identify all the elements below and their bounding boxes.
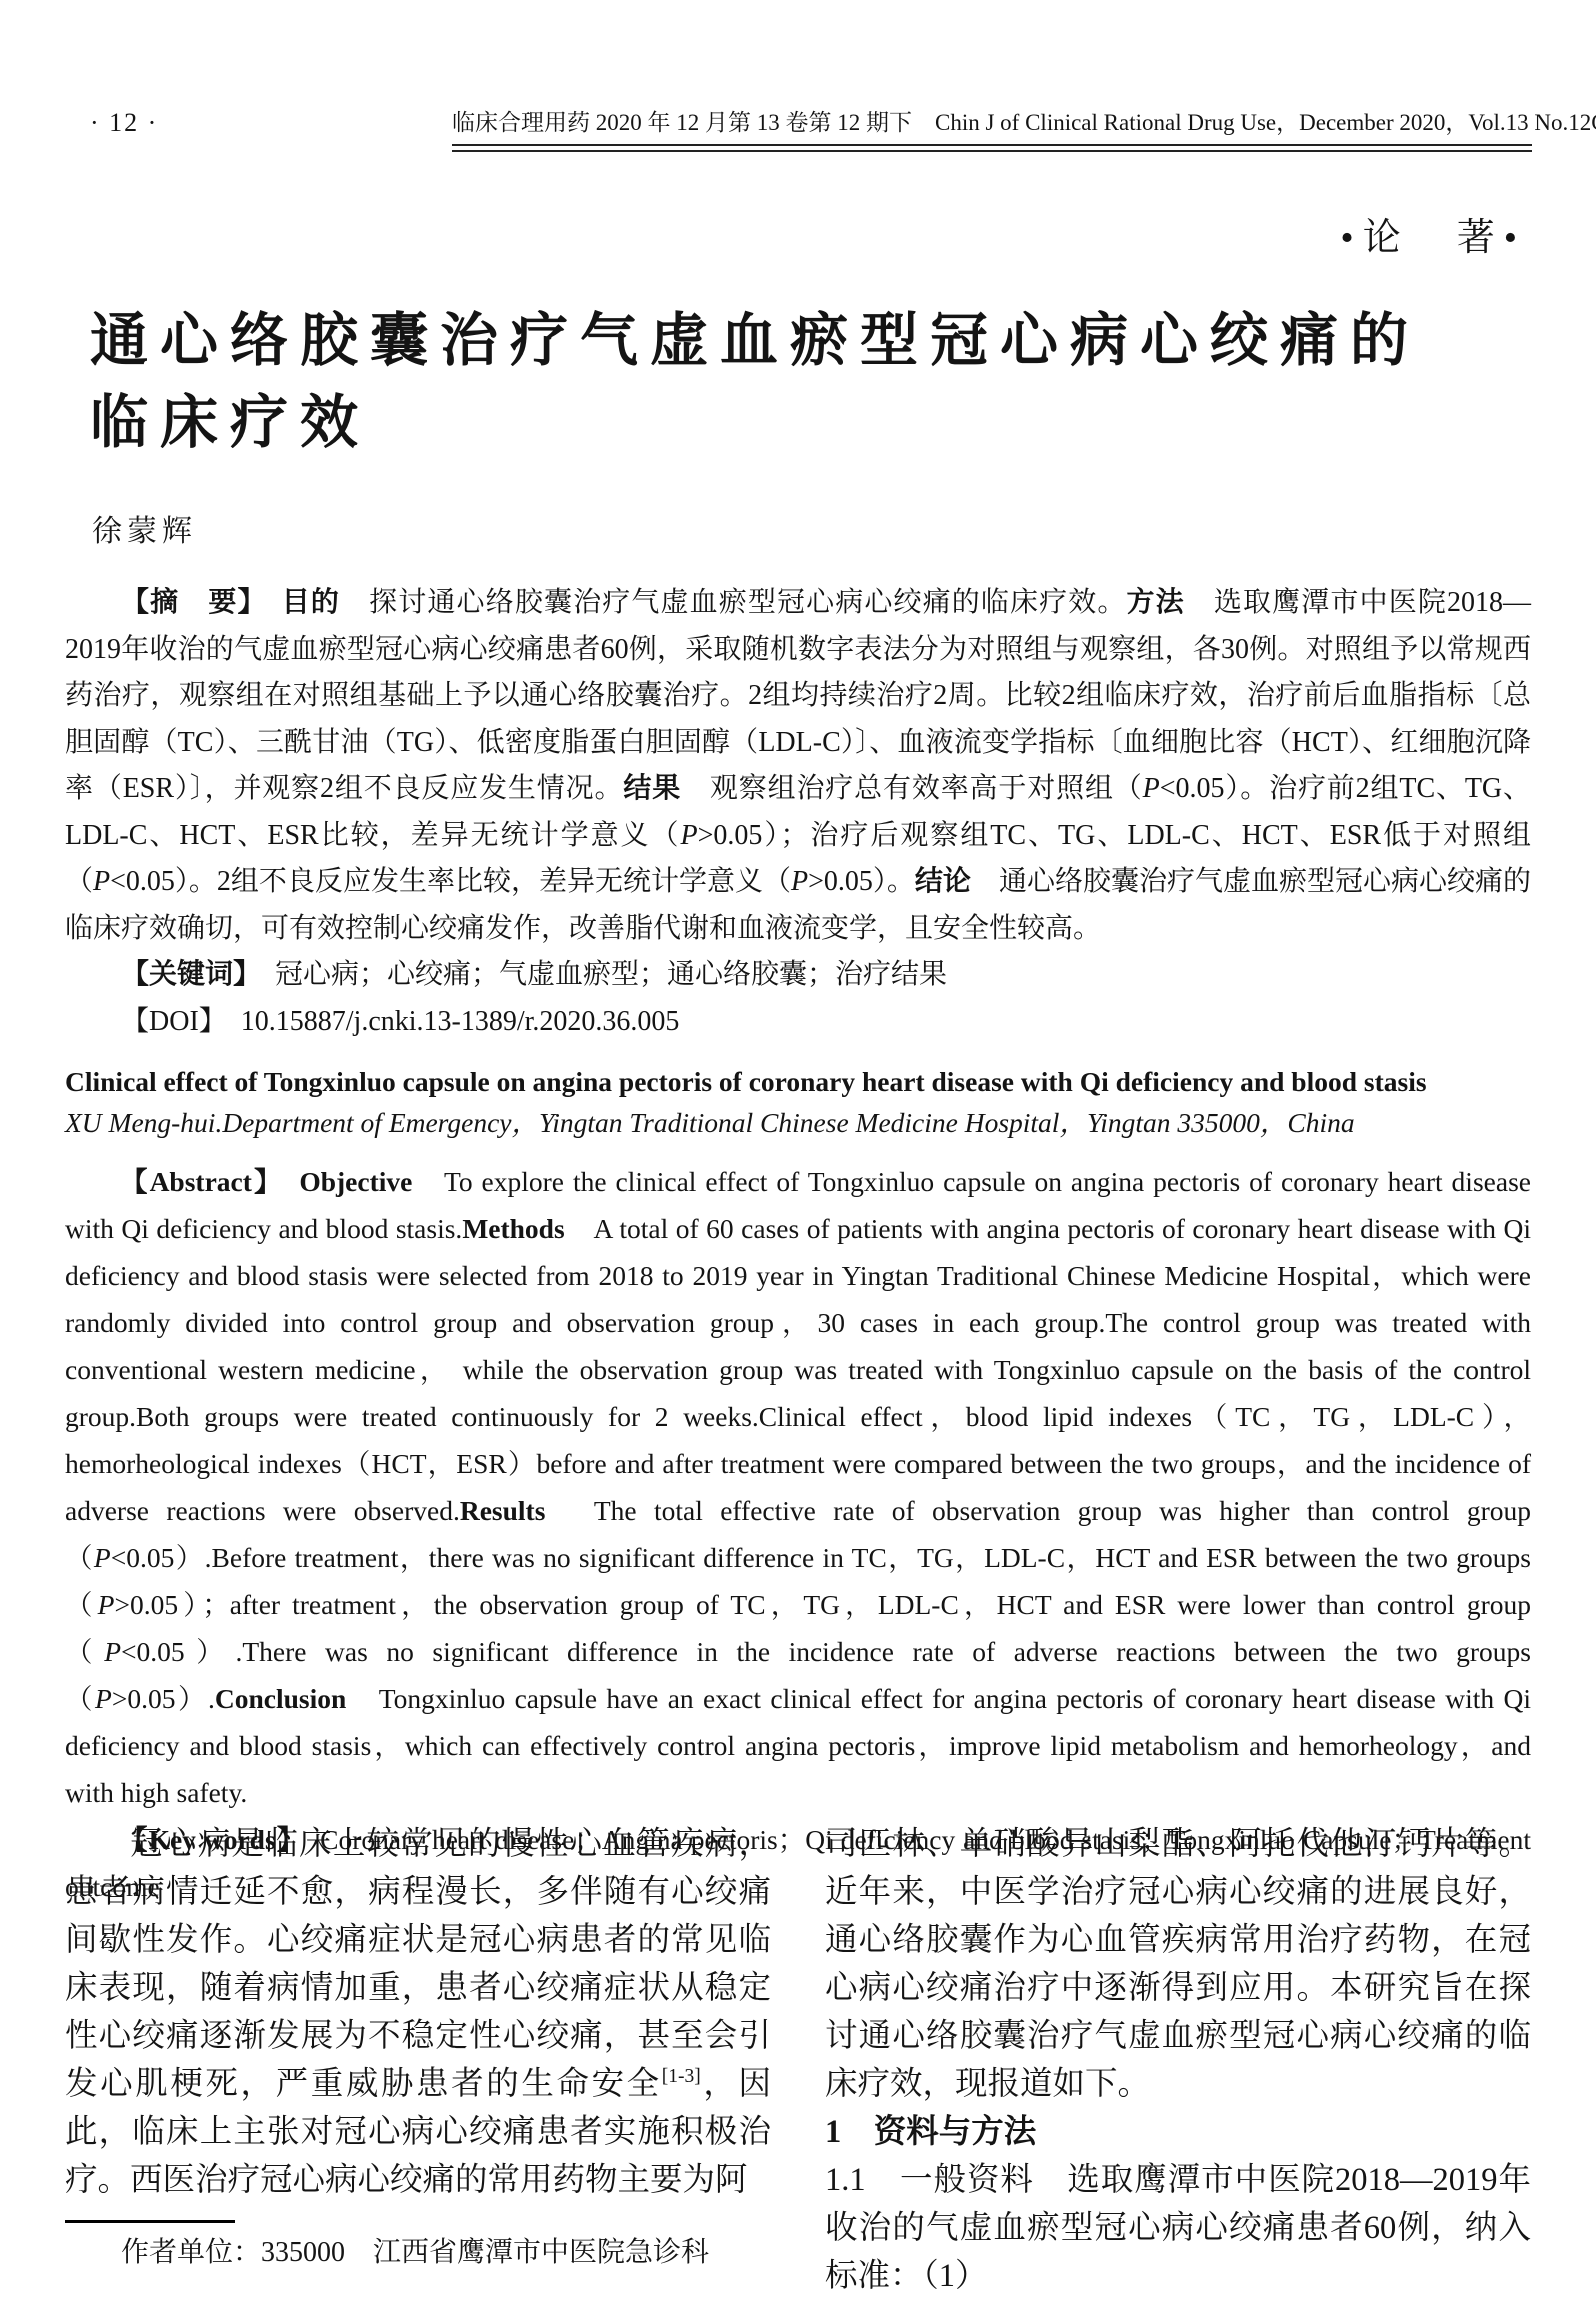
abstract-block-cn: 【摘 要】 目的 探讨通心络胶囊治疗气虚血瘀型冠心病心绞痛的临床疗效。方法 选取…: [65, 580, 1531, 1045]
left-column: 冠心病是临床上较常见的慢性心血管疾病，患者病情迁延不愈，病程漫长，多伴随有心绞痛…: [65, 1820, 771, 2300]
page-number: · 12 ·: [90, 108, 158, 138]
abstract-en: 【Abstract】 Objective To explore the clin…: [65, 1158, 1531, 1816]
footnote: 作者单位：335000 江西省鹰潭市中医院急诊科: [65, 2220, 771, 2273]
section-1-heading: 1 资料与方法: [825, 2108, 1531, 2156]
author-affiliation: 作者单位：335000 江西省鹰潭市中医院急诊科: [65, 2233, 771, 2273]
doi-line: 【DOI】 10.15887/j.cnki.13-1389/r.2020.36.…: [65, 999, 1531, 1046]
article-title-line-1: 通心络胶囊治疗气虚血瘀型冠心病心绞痛的: [90, 300, 1420, 382]
article-title-en: Clinical effect of Tongxinluo capsule on…: [65, 1064, 1531, 1100]
footnote-rule: [65, 2220, 235, 2223]
abstract-block-en: Clinical effect of Tongxinluo capsule on…: [65, 1064, 1531, 1910]
article-title-cn: 通心络胶囊治疗气虚血瘀型冠心病心绞痛的 临床疗效: [90, 300, 1420, 464]
abstract-cn: 【摘 要】 目的 探讨通心络胶囊治疗气虚血瘀型冠心病心绞痛的临床疗效。方法 选取…: [65, 580, 1531, 952]
right-column: 司匹林、单硝酸异山梨酯、阿托伐他汀钙片等。近年来，中医学治疗冠心病心绞痛的进展良…: [825, 1820, 1531, 2300]
keywords-cn: 【关键词】 冠心病；心绞痛；气虚血瘀型；通心络胶囊；治疗结果: [65, 952, 1531, 999]
section-1-1-paragraph: 1.1 一般资料 选取鹰潭市中医院2018—2019年收治的气虚血瘀型冠心病心绞…: [825, 2156, 1531, 2300]
article-title-line-2: 临床疗效: [90, 382, 1420, 464]
journal-title-line: 临床合理用药 2020 年 12 月第 13 卷第 12 期下 Chin J o…: [452, 104, 1532, 144]
journal-page: · 12 · 临床合理用药 2020 年 12 月第 13 卷第 12 期下 C…: [0, 0, 1596, 2319]
article-type-label: •论 著•: [1340, 206, 1526, 261]
authors-en: XU Meng-hui.Department of Emergency，Ying…: [65, 1100, 1531, 1146]
intro-paragraph: 冠心病是临床上较常见的慢性心血管疾病，患者病情迁延不愈，病程漫长，多伴随有心绞痛…: [65, 1820, 771, 2204]
journal-masthead: 临床合理用药 2020 年 12 月第 13 卷第 12 期下 Chin J o…: [452, 104, 1532, 152]
header-double-rule: [452, 144, 1532, 152]
intro-paragraph-continued: 司匹林、单硝酸异山梨酯、阿托伐他汀钙片等。近年来，中医学治疗冠心病心绞痛的进展良…: [825, 1820, 1531, 2108]
author-name: 徐蒙辉: [92, 506, 197, 550]
body-columns: 冠心病是临床上较常见的慢性心血管疾病，患者病情迁延不愈，病程漫长，多伴随有心绞痛…: [65, 1820, 1531, 2300]
